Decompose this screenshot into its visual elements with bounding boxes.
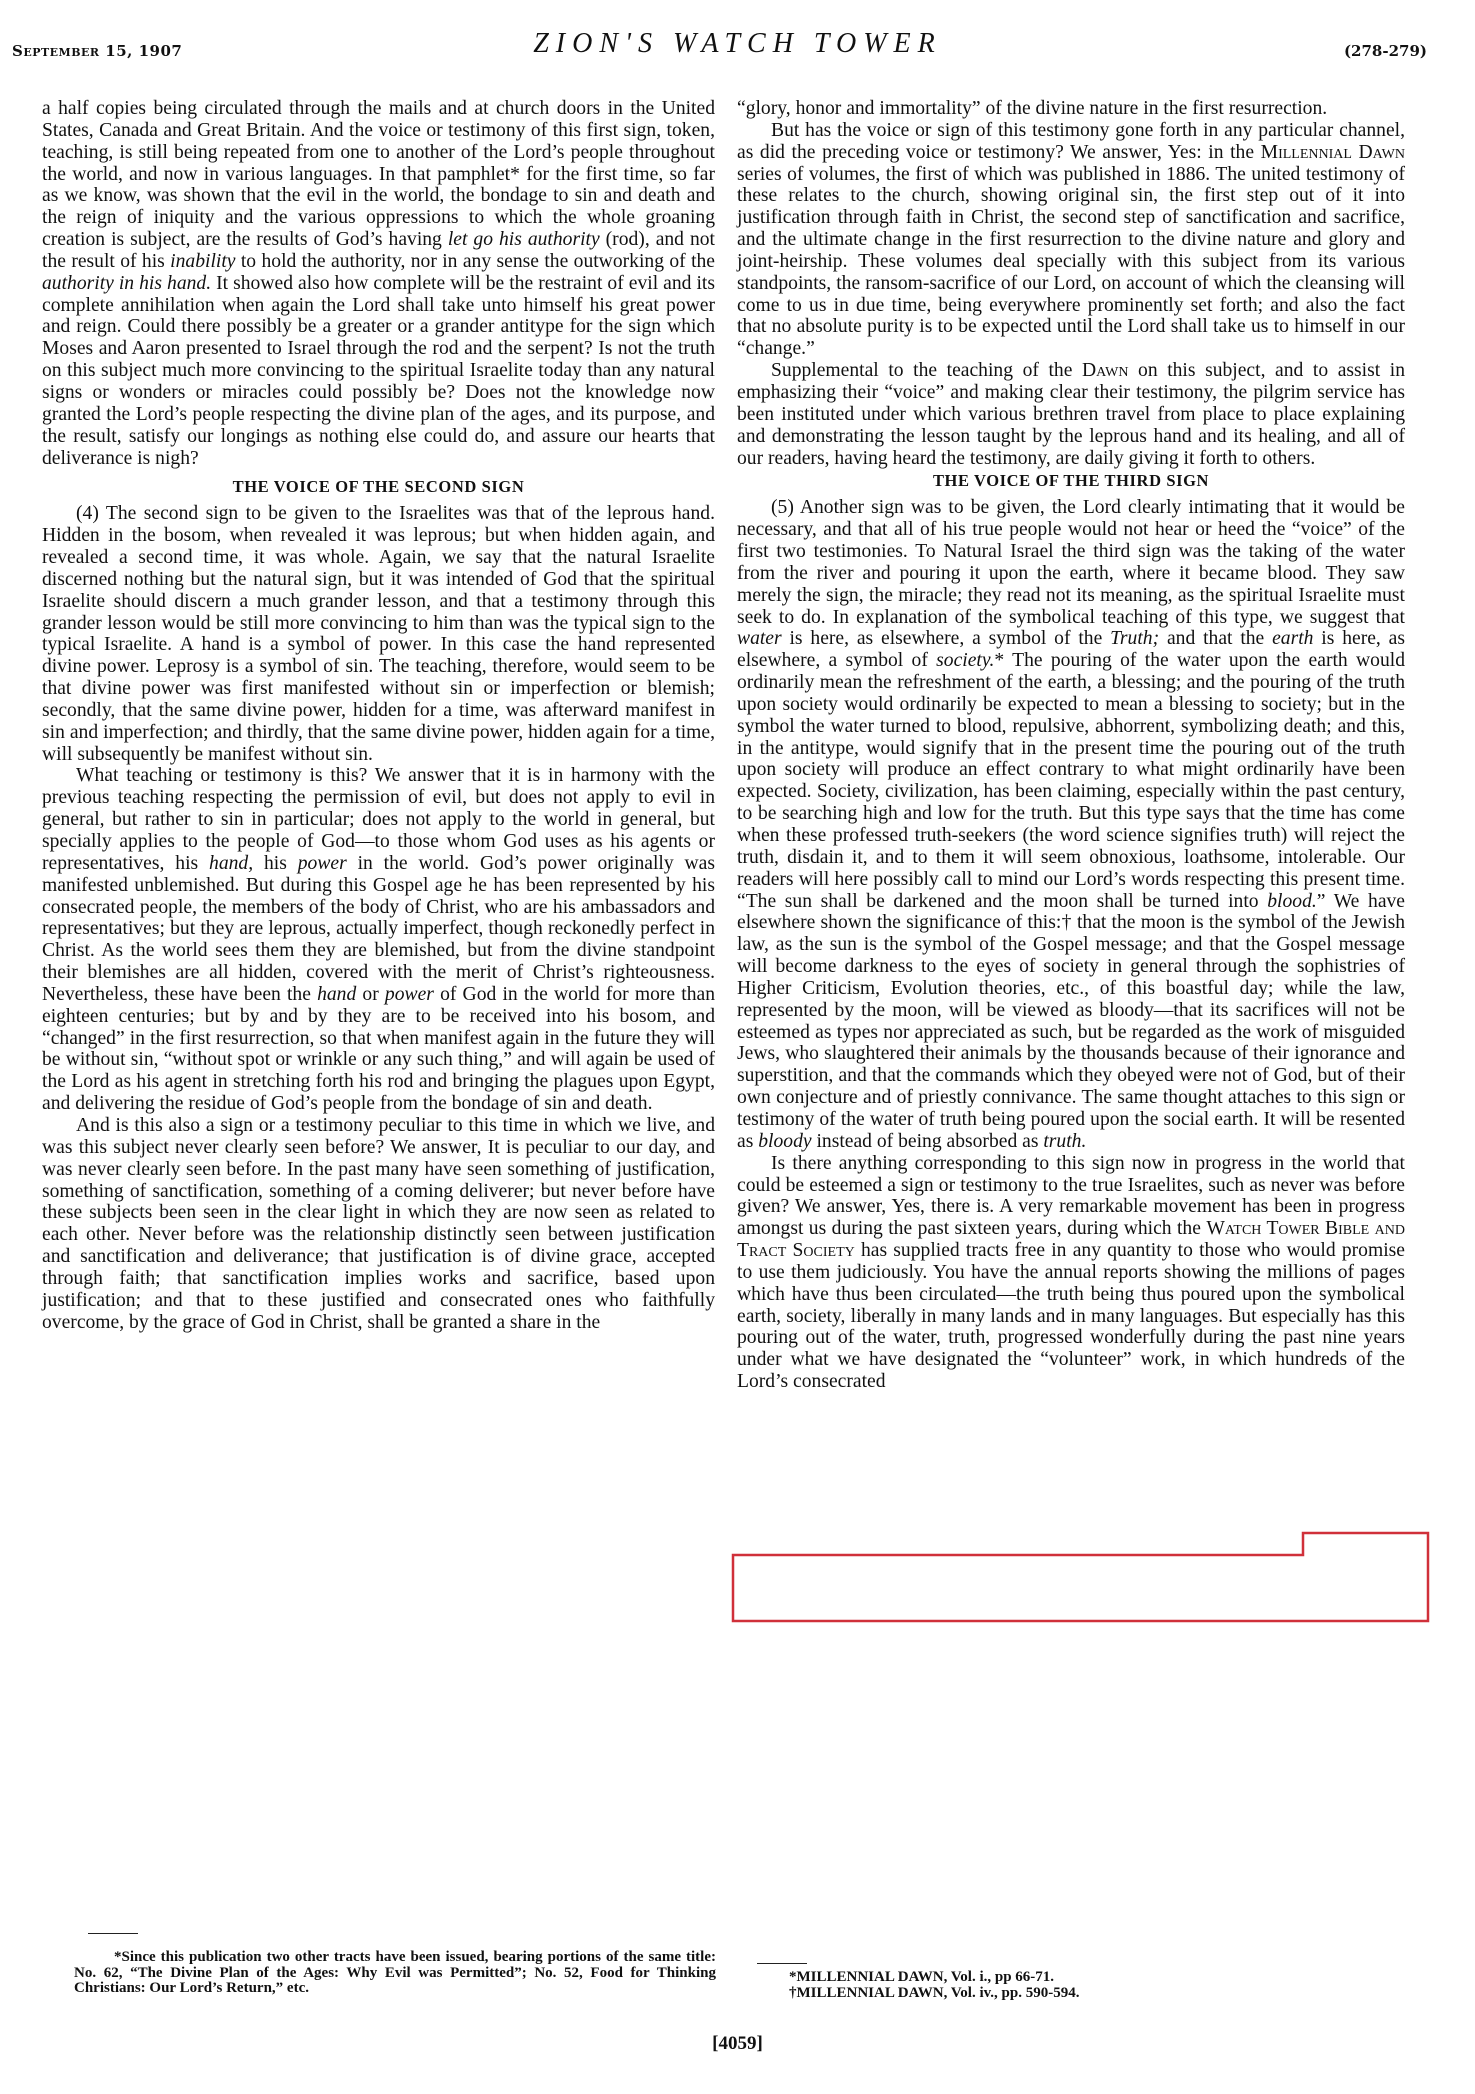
section-heading-third-sign: THE VOICE OF THE THIRD SIGN xyxy=(737,471,1405,491)
paragraph-tract-society: Is there anything corresponding to this … xyxy=(737,1153,1405,1393)
paragraph-second-sign: (4) The second sign to be given to the I… xyxy=(42,503,715,765)
paragraph-glory-honor: “glory, honor and immortality” of the di… xyxy=(737,98,1405,120)
right-column: “glory, honor and immortality” of the di… xyxy=(737,98,1405,1393)
page-number: [4059] xyxy=(0,2033,1475,2055)
footnote-divider-left xyxy=(88,1933,138,1934)
footnote-divider-right xyxy=(757,1963,807,1964)
paragraph-pilgrim-service: Supplemental to the teaching of the Dawn… xyxy=(737,360,1405,469)
footnote-left: *Since this publication two other tracts… xyxy=(74,1950,716,1997)
paragraph-teaching-testimony: What teaching or testimony is this? We a… xyxy=(42,765,715,1115)
paragraph-first-sign-continued: a half copies being circulated through t… xyxy=(42,98,715,469)
volume-page-range: (278-279) xyxy=(1344,42,1427,60)
publication-title: ZION'S WATCH TOWER xyxy=(0,28,1475,60)
left-column: a half copies being circulated through t… xyxy=(42,98,715,1333)
paragraph-third-sign: (5) Another sign was to be given, the Lo… xyxy=(737,497,1405,1152)
footnote-right: *MILLENNIAL DAWN, Vol. i., pp 66-71. †MI… xyxy=(789,1970,1389,2001)
highlight-outline xyxy=(733,1533,1428,1621)
page-header: September 15, 1907 ZION'S WATCH TOWER (2… xyxy=(0,22,1475,62)
paragraph-peculiar-to-our-day: And is this also a sign or a testimony p… xyxy=(42,1115,715,1333)
paragraph-millennial-dawn: But has the voice or sign of this testim… xyxy=(737,120,1405,360)
section-heading-second-sign: THE VOICE OF THE SECOND SIGN xyxy=(42,477,715,497)
